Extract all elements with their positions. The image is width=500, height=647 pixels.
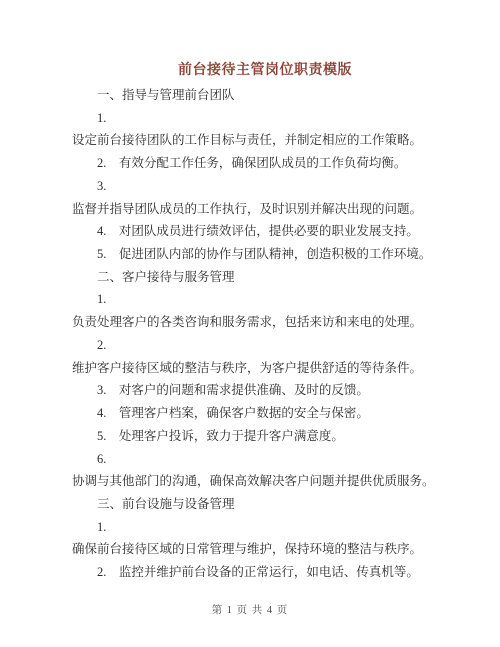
document-body: 一、指导与管理前台团队 1. 设定前台接待团队的工作目标与责任，并制定相应的工作…: [72, 84, 464, 584]
section-heading: 一、指导与管理前台团队: [72, 84, 464, 107]
document-line: 维护客户接待区域的整洁与秩序，为客户提供舒适的等待条件。: [72, 357, 464, 380]
document-line: 5. 处理客户投诉，致力于提升客户满意度。: [72, 425, 464, 448]
list-number: 1.: [72, 288, 464, 311]
document-line: 确保前台接待区域的日常管理与维护，保持环境的整洁与秩序。: [72, 538, 464, 561]
document-page: 前台接待主管岗位职责模版 一、指导与管理前台团队 1. 设定前台接待团队的工作目…: [0, 0, 500, 647]
document-line: 3. 对客户的问题和需求提供准确、及时的反馈。: [72, 379, 464, 402]
document-line: 负责处理客户的各类咨询和服务需求，包括来访和来电的处理。: [72, 311, 464, 334]
document-line: 2. 有效分配工作任务，确保团队成员的工作负荷均衡。: [72, 152, 464, 175]
list-number: 1.: [72, 516, 464, 539]
list-number: 3.: [72, 175, 464, 198]
section-heading: 二、客户接待与服务管理: [72, 266, 464, 289]
document-line: 监督并指导团队成员的工作执行，及时识别并解决出现的问题。: [72, 198, 464, 221]
list-number: 1.: [72, 107, 464, 130]
document-line: 设定前台接待团队的工作目标与责任，并制定相应的工作策略。: [72, 129, 464, 152]
list-number: 2.: [72, 334, 464, 357]
document-line: 2. 监控并维护前台设备的正常运行，如电话、传真机等。: [72, 561, 464, 584]
page-title: 前台接待主管岗位职责模版: [73, 59, 457, 79]
document-line: 4. 对团队成员进行绩效评估，提供必要的职业发展支持。: [72, 220, 464, 243]
page-footer: 第 1 页 共 4 页: [0, 602, 500, 617]
document-line: 5. 促进团队内部的协作与团队精神，创造积极的工作环境。: [72, 243, 464, 266]
document-line: 4. 管理客户档案，确保客户数据的安全与保密。: [72, 402, 464, 425]
list-number: 6.: [72, 448, 464, 471]
section-heading: 三、前台设施与设备管理: [72, 493, 464, 516]
document-line: 协调与其他部门的沟通，确保高效解决客户问题并提供优质服务。: [72, 470, 464, 493]
